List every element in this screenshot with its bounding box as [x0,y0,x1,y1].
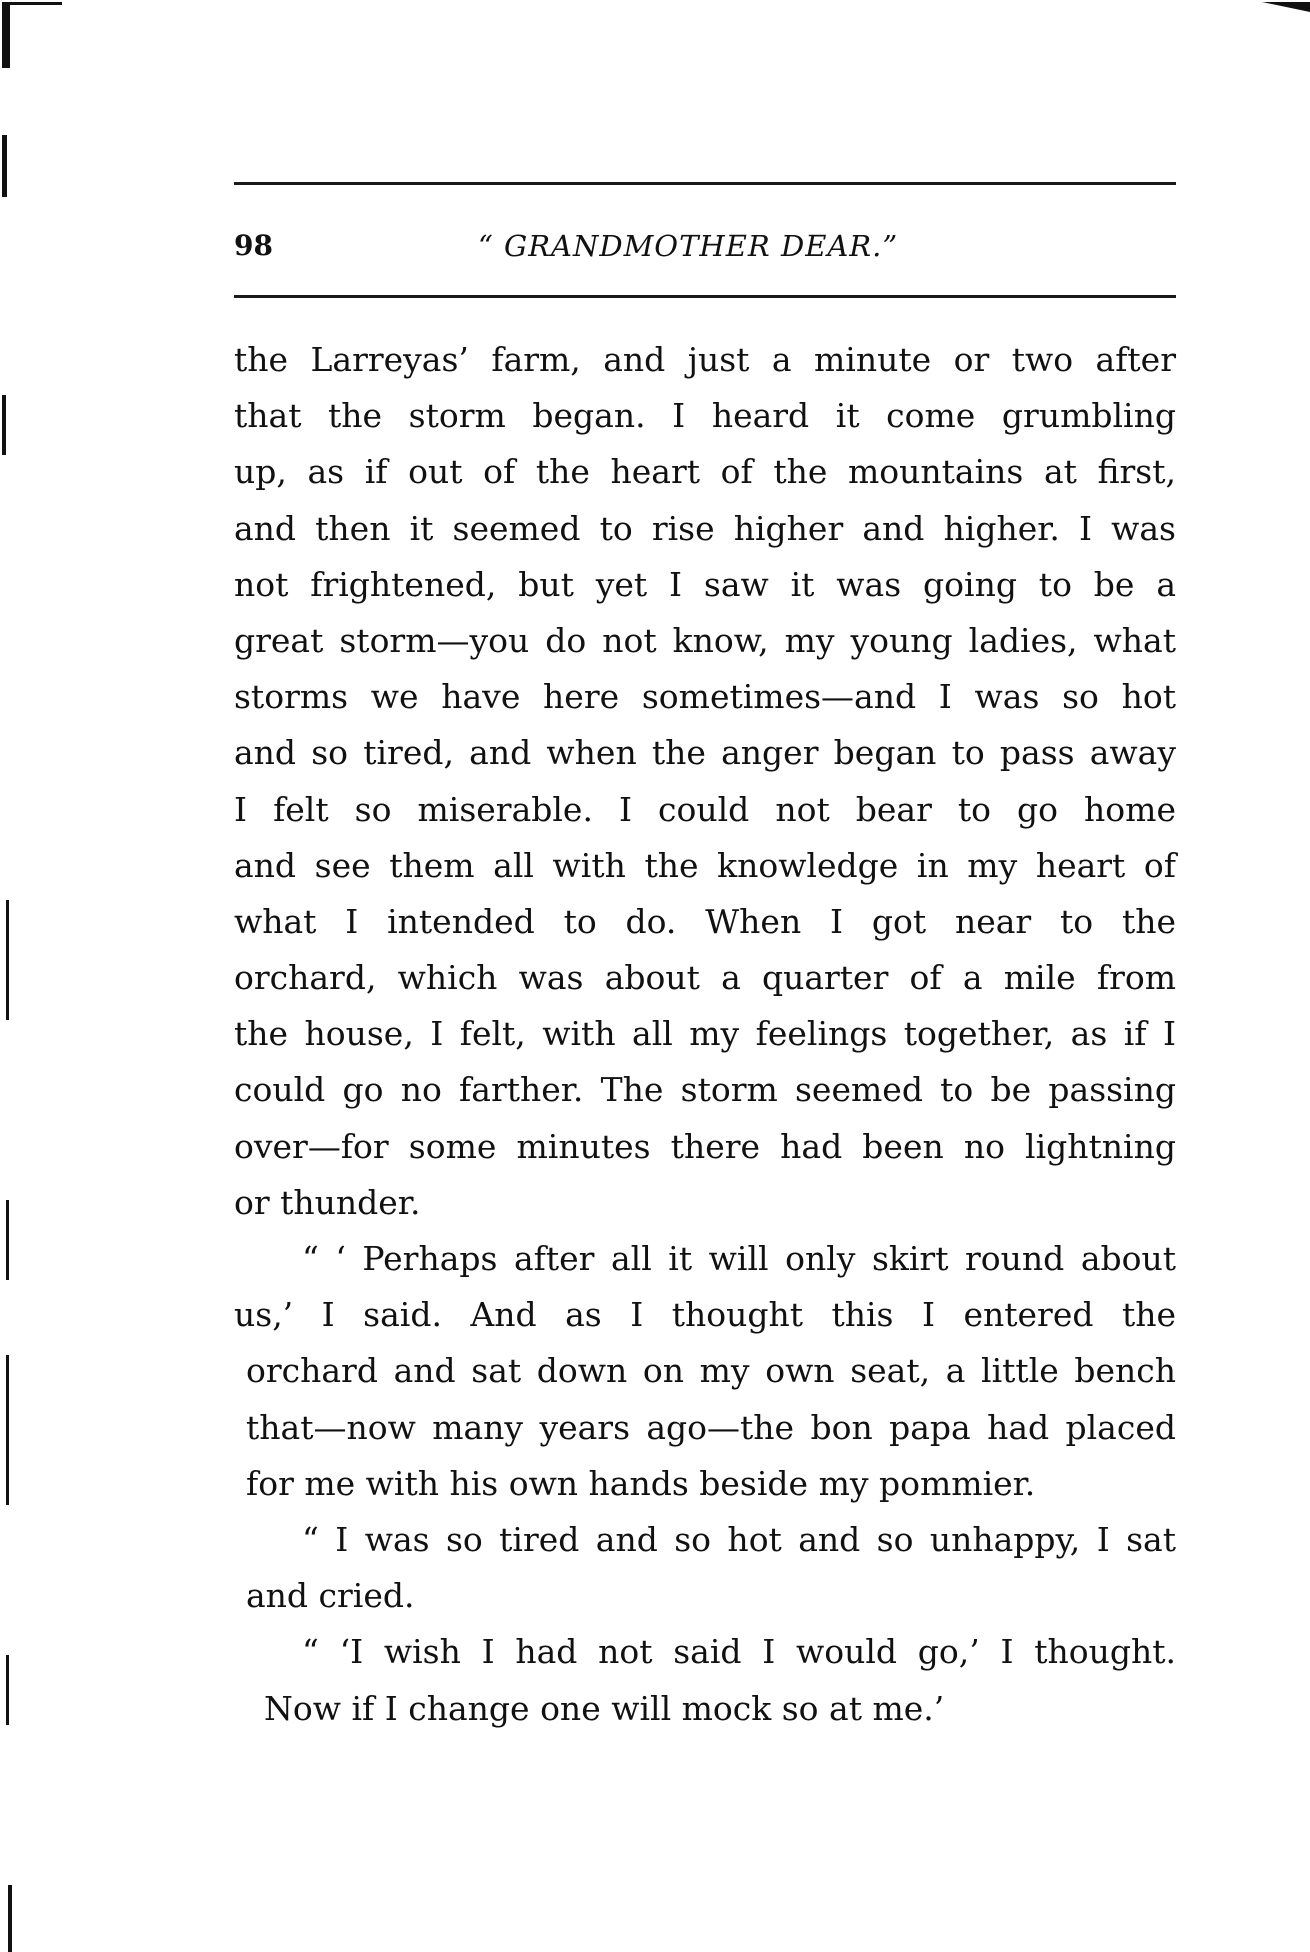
text-line: and then it seemed to rise higher and hi… [234,501,1176,557]
text-line: what I intended to do. When I got near t… [234,894,1176,950]
text-line: the Larreyas’ farm, and just a minute or… [234,332,1176,388]
text-line: over—for some minutes there had been no … [234,1119,1176,1175]
text-line: and cried. [234,1568,1176,1624]
scan-edge-mark-left-6 [6,1655,9,1725]
text-line: I felt so miserable. I could not bear to… [234,782,1176,838]
scan-edge-mark-left-3 [6,900,9,1020]
scan-corner-mark-top-right [1262,2,1310,12]
body-text: the Larreyas’ farm, and just a minute or… [234,332,1176,1737]
text-line: orchard, which was about a quarter of a … [234,950,1176,1006]
scan-edge-mark-top-left [2,2,10,68]
text-line: storms we have here sometimes—and I was … [234,669,1176,725]
scan-edge-mark-left-4 [6,1200,9,1280]
running-title: “ GRANDMOTHER DEAR.” [478,230,898,262]
text-line: for me with his own hands beside my pomm… [234,1456,1176,1512]
text-line: orchard and sat down on my own seat, a l… [234,1343,1176,1399]
text-line: and see them all with the knowledge in m… [234,838,1176,894]
text-line: and so tired, and when the anger began t… [234,725,1176,781]
text-line: great storm—you do not know, my young la… [234,613,1176,669]
page-number: 98 [234,230,273,262]
scan-edge-mark-left-1 [2,135,7,197]
scan-edge-mark-top [2,2,62,5]
scan-edge-mark-left-7 [8,1885,12,1952]
text-line: Now if I change one will mock so at me.’ [234,1681,1176,1737]
text-line: that the storm began. I heard it come gr… [234,388,1176,444]
text-line: that—now many years ago—the bon papa had… [234,1400,1176,1456]
text-line: could go no farther. The storm seemed to… [234,1062,1176,1118]
text-line: “ I was so tired and so hot and so unhap… [234,1512,1176,1568]
text-line: the house, I felt, with all my feelings … [234,1006,1176,1062]
text-line: not frightened, but yet I saw it was goi… [234,557,1176,613]
header-bottom-rule [234,295,1176,298]
text-line: us,’ I said. And as I thought this I ent… [234,1287,1176,1343]
scan-edge-mark-left-5 [6,1355,9,1505]
text-line: “ ‘ Perhaps after all it will only skirt… [234,1231,1176,1287]
header-top-rule [234,182,1176,185]
scan-edge-mark-left-2 [2,395,6,455]
text-line: up, as if out of the heart of the mounta… [234,444,1176,500]
text-line: “ ‘I wish I had not said I would go,’ I … [234,1624,1176,1680]
text-line: or thunder. [234,1175,1176,1231]
